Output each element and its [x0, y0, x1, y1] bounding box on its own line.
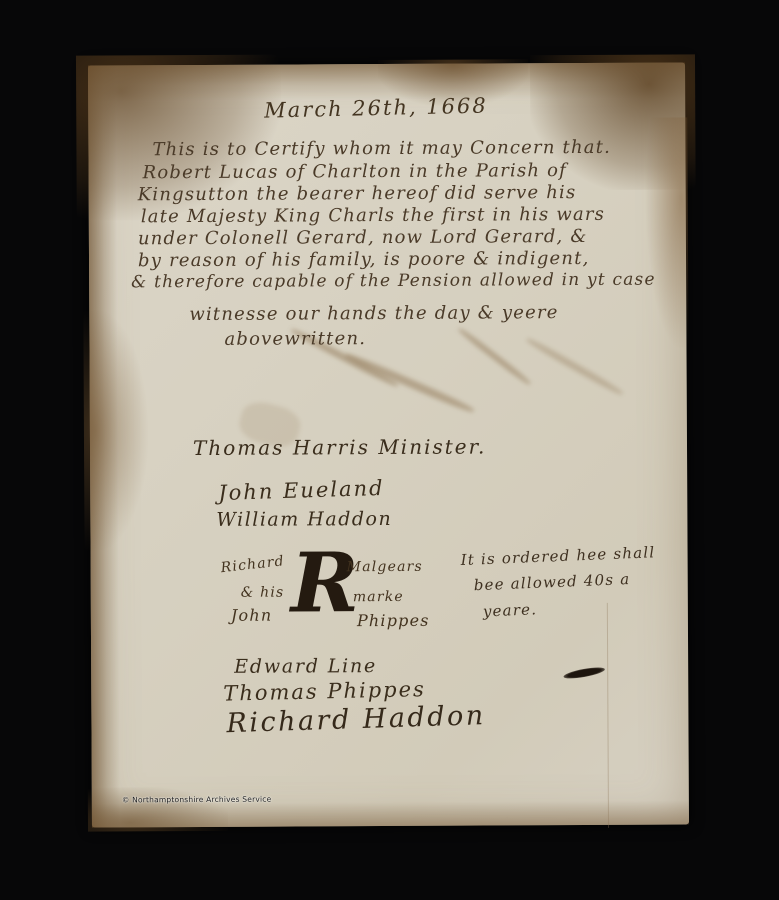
mark-his: & his [241, 586, 285, 600]
ink-blot [563, 665, 606, 680]
signature-witness: Richard Haddon [226, 702, 486, 737]
body-line: under Colonell Gerard, now Lord Gerard, … [138, 228, 588, 248]
mark-name-left: John [231, 608, 273, 624]
signature-witness: Edward Line [234, 657, 377, 677]
date-heading: March 26th, 1668 [264, 96, 488, 122]
signature-witness: John Eueland [218, 478, 385, 504]
mark-surname: Phippes [357, 613, 430, 629]
stain-left-middle [83, 310, 148, 550]
signature-minister: Thomas Harris Minister. [193, 436, 486, 458]
body-line: Robert Lucas of Charlton in the Parish o… [143, 162, 568, 182]
mark-name-left: Richard [220, 554, 285, 575]
body-line: This is to Certify whom it may Concern t… [152, 139, 611, 159]
body-line: by reason of his family, is poore & indi… [138, 250, 590, 270]
body-line: & therefore capable of the Pension allow… [131, 272, 656, 292]
ink-bleedthrough [525, 336, 624, 397]
order-note-line: yeare. [483, 602, 538, 619]
order-note-line: It is ordered hee shall [460, 545, 655, 568]
body-line: late Majesty King Charls the first in hi… [141, 206, 605, 226]
stain-bottom-left-corner [88, 787, 228, 832]
order-note-line: bee allowed 40s a [473, 572, 630, 593]
mark-marke: marke [353, 590, 404, 604]
signature-witness: William Haddon [216, 510, 392, 530]
archive-watermark: © Northamptonshire Archives Service [122, 796, 272, 804]
signature-witness: Thomas Phippes [223, 679, 426, 705]
mark-surname: Malgears [347, 560, 423, 574]
witness-line: witnesse our hands the day & yeere [189, 304, 558, 324]
paper-crease [607, 603, 609, 828]
stain-bottom-edge [92, 800, 689, 827]
document-photo: March 26th, 1668 This is to Certify whom… [0, 0, 779, 900]
ink-bleedthrough [457, 327, 532, 387]
body-line: Kingsutton the bearer hereof did serve h… [138, 184, 577, 204]
manuscript-paper: March 26th, 1668 This is to Certify whom… [88, 62, 689, 827]
ink-bleedthrough [344, 351, 475, 415]
mark-letter-R: R [291, 542, 360, 624]
stain-left-edge [88, 65, 120, 827]
witness-line: abovewritten. [224, 330, 366, 349]
stain-right-edge [645, 117, 688, 347]
